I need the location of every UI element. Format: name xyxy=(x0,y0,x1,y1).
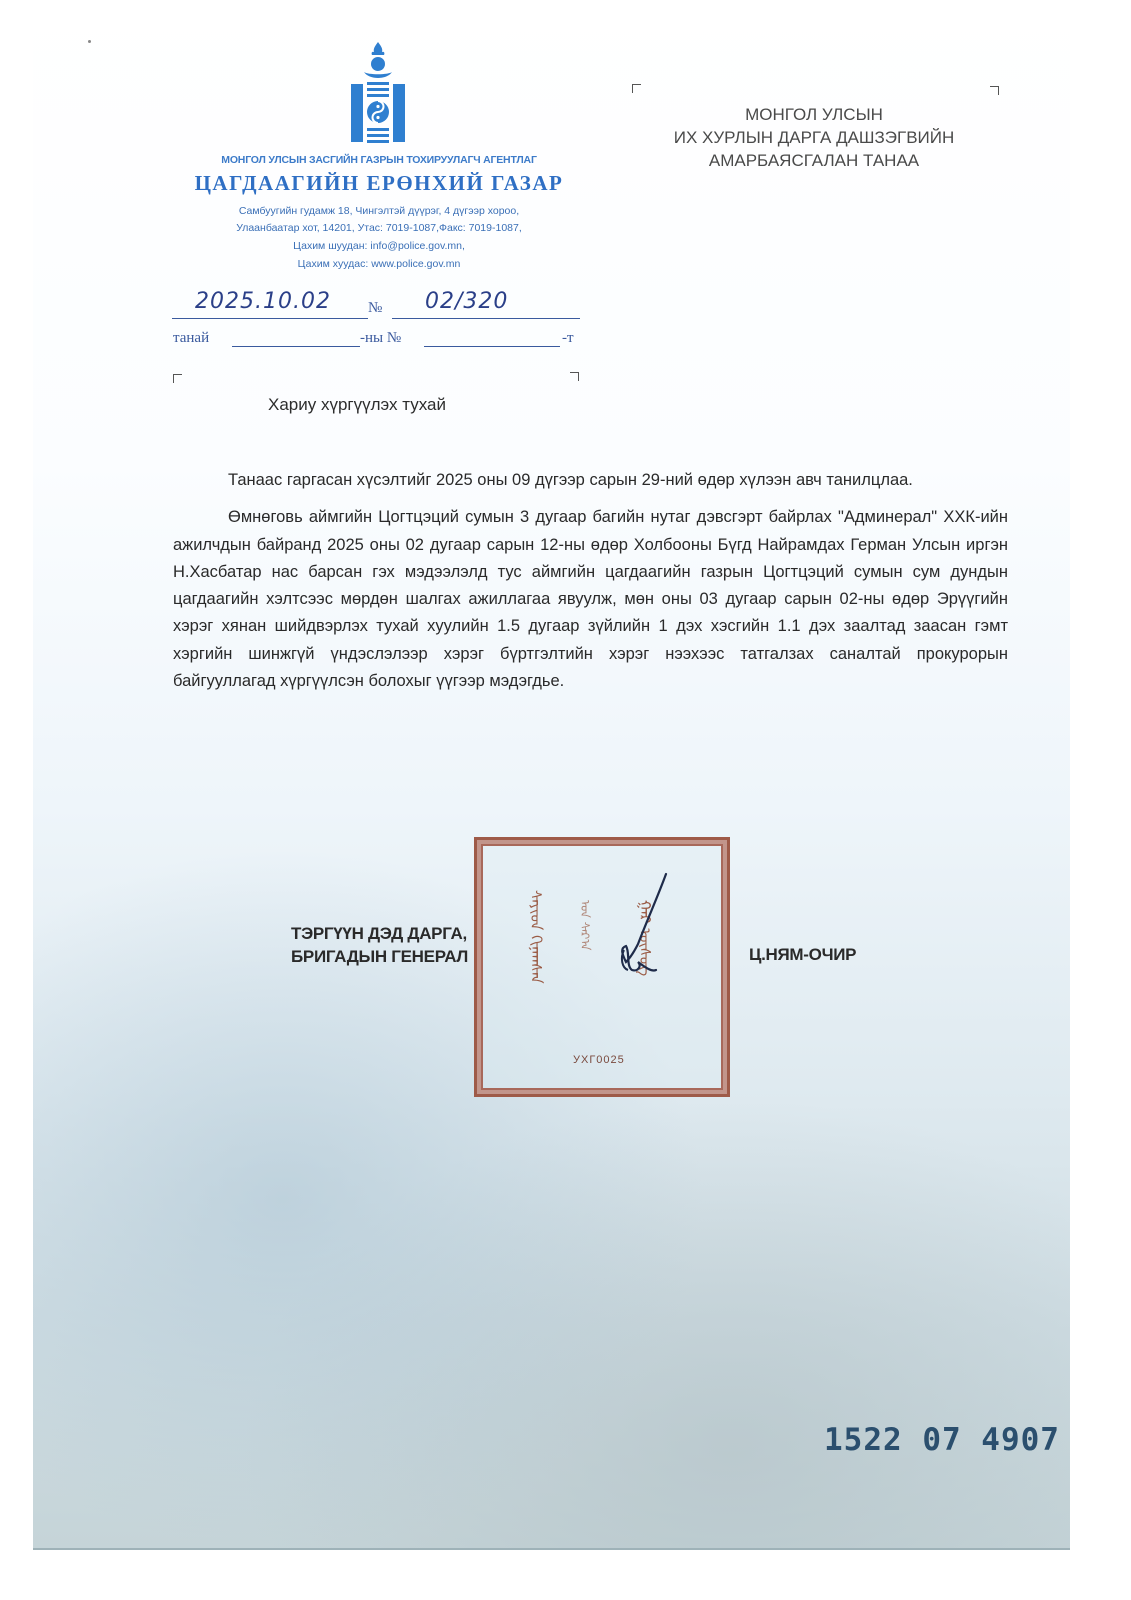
signatory-title: ТЭРГҮҮН ДЭД ДАРГА, БРИГАДЫН ГЕНЕРАЛ xyxy=(291,922,468,968)
number-underline xyxy=(392,318,580,319)
subject-corner-mark xyxy=(173,374,182,383)
agency-line: МОНГОЛ УЛСЫН ЗАСГИЙН ГАЗРЫН ТОХИРУУЛАГЧ … xyxy=(172,154,586,166)
letter-date: 2025.10.02 xyxy=(195,289,331,314)
subject-corner-mark xyxy=(570,372,579,381)
ref-end-suffix: -т xyxy=(562,330,574,347)
letter-body: Танаас гаргасан хүсэлтийг 2025 оны 09 дү… xyxy=(173,467,1008,705)
your-number-label: -ны № xyxy=(360,330,401,347)
official-stamp: ᠰᠠᠶᠢᠳ ᠬᠢᠨᠠᠭᠰᠠᠨ ᠣᠨ ᠰᠠᠷ᠎ᠠ ᠭᠠᠷ ᠦᠰᠦᠭ УХГ0025 xyxy=(474,837,730,1097)
recipient-corner-mark xyxy=(632,84,641,93)
website-line: Цахим хуудас: www.police.gov.mn xyxy=(172,258,586,270)
recipient-line: ИХ ХУРЛЫН ДАРГА ДАШЗЭГВИЙН xyxy=(636,126,992,149)
stamp-script-column: ᠰᠠᠶᠢᠳ ᠬᠢᠨᠠᠭᠰᠠᠨ xyxy=(523,890,549,984)
stamp-code: УХГ0025 xyxy=(573,1054,625,1066)
body-paragraph: Өмнөговь аймгийн Цогтцэций сумын 3 дугаа… xyxy=(173,504,1008,695)
recipient-address: МОНГОЛ УЛСЫН ИХ ХУРЛЫН ДАРГА ДАШЗЭГВИЙН … xyxy=(636,103,992,172)
signatory-name: Ц.НЯМ-ОЧИР xyxy=(749,945,856,965)
recipient-corner-mark xyxy=(990,86,999,95)
signatory-title-line: ТЭРГҮҮН ДЭД ДАРГА, xyxy=(291,922,468,945)
organization-name: ЦАГДААГИЙН ЕРӨНХИЙ ГАЗАР xyxy=(172,171,586,196)
letter-subject: Хариу хүргүүлэх тухай xyxy=(268,395,446,415)
your-date-underline xyxy=(232,346,360,347)
email-line: Цахим шуудан: info@police.gov.mn, xyxy=(172,240,586,252)
scan-speck xyxy=(88,40,91,43)
recipient-line: МОНГОЛ УЛСЫН xyxy=(636,103,992,126)
address-line: Самбуугийн гудамж 18, Чингэлтэй дүүрэг, … xyxy=(172,205,586,217)
letter-number: 02/320 xyxy=(425,289,508,314)
body-paragraph: Танаас гаргасан хүсэлтийг 2025 оны 09 дү… xyxy=(173,467,1008,494)
handwritten-signature xyxy=(612,866,682,986)
your-ref-label: танай xyxy=(173,330,209,347)
recipient-line: АМАРБАЯСГАЛАН ТАНАА xyxy=(636,149,992,172)
form-serial-number: 1522 07 4907 xyxy=(824,1422,1060,1458)
your-number-underline xyxy=(424,346,560,347)
soyombo-emblem-icon xyxy=(347,40,409,150)
date-underline xyxy=(172,318,368,319)
stamp-script-column: ᠣᠨ ᠰᠠᠷ᠎ᠠ xyxy=(575,900,596,950)
signatory-rank-line: БРИГАДЫН ГЕНЕРАЛ xyxy=(291,945,468,968)
number-label: № xyxy=(368,300,382,317)
address-line: Улаанбаатар хот, 14201, Утас: 7019-1087,… xyxy=(172,222,586,234)
